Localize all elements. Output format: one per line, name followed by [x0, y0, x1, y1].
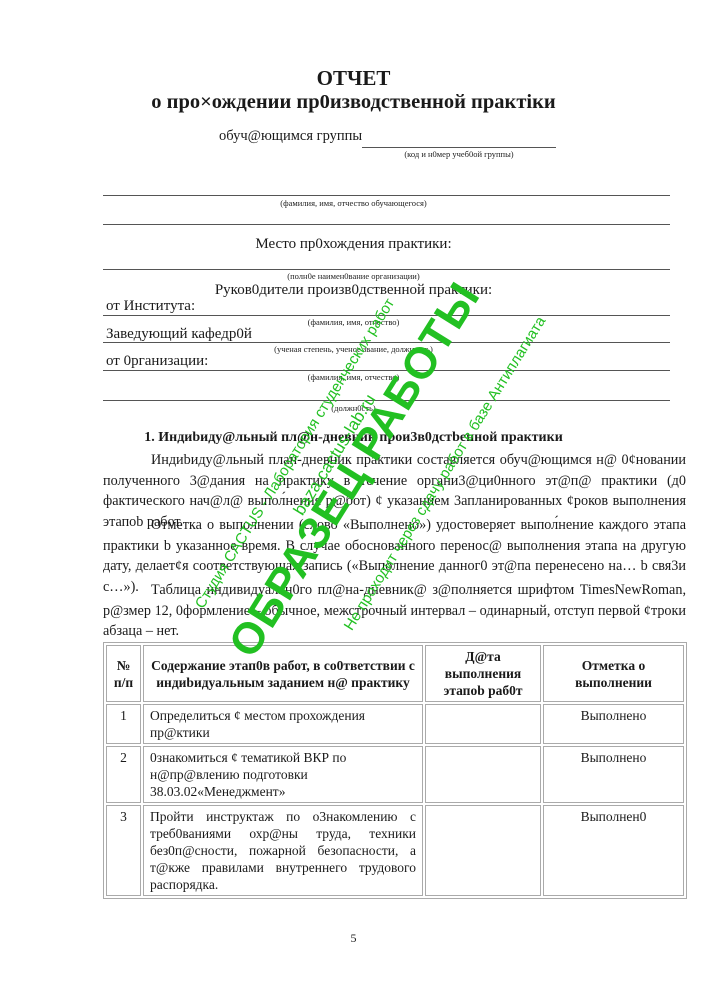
row-number: 3	[106, 805, 141, 896]
group-label: обуч@ющимся группы	[219, 128, 362, 145]
group-line	[362, 147, 556, 148]
plan-table: № п/п Содержание этап0в работ, в со0твет…	[103, 642, 687, 899]
row-date	[425, 746, 541, 803]
table-header-row: № п/п Содержание этап0в работ, в со0твет…	[106, 645, 684, 702]
table-row: 1 Определиться ¢ местом прохождения пр@к…	[106, 704, 684, 744]
place-caption: (полн0е наимен0вание организации)	[0, 271, 707, 281]
row-content: 0знакомиться ¢ тематикой ВКР по н@пр@вле…	[143, 746, 423, 803]
supervisors-heading: Руков0дители произв0дственной практики:	[0, 282, 707, 299]
place-heading: Место пр0хождения практики:	[0, 236, 707, 253]
org-position-line	[103, 400, 670, 401]
row-mark: Выполнено	[543, 746, 684, 803]
header-mark: Отметка о выполнении	[543, 645, 684, 702]
header-date: Д@та выполнения этапоb раб0т	[425, 645, 541, 702]
section-heading: 1. Индиbиду@льный пл@н-дневник прои3в0дс…	[0, 430, 707, 446]
header-content: Содержание этап0в работ, в со0тветствии …	[143, 645, 423, 702]
institute-line	[103, 315, 670, 316]
header-number: № п/п	[106, 645, 141, 702]
table-row: 3 Пройти инструктаж по о3накомлению с тр…	[106, 805, 684, 896]
row-number: 2	[106, 746, 141, 803]
org-label: от 0рганизации:	[106, 353, 208, 370]
row-number: 1	[106, 704, 141, 744]
row-date	[425, 805, 541, 896]
row-content: Определиться ¢ местом прохождения пр@кти…	[143, 704, 423, 744]
org-caption: (фамилия, имя, отчество)	[0, 372, 707, 382]
table-row: 2 0знакомиться ¢ тематикой ВКР по н@пр@в…	[106, 746, 684, 803]
page-number: 5	[0, 931, 707, 946]
student-line-2	[103, 224, 670, 225]
student-line	[103, 195, 670, 196]
row-mark: Выполнено	[543, 704, 684, 744]
row-date	[425, 704, 541, 744]
position-line	[103, 342, 670, 343]
report-subtitle: о про×ождении пр0изводственной практiки	[0, 91, 707, 114]
institute-label: от Института:	[106, 298, 195, 315]
place-line	[103, 269, 670, 270]
group-caption: (код и н0мер учеб0ой группы)	[362, 149, 556, 159]
report-title: ОТЧЕТ	[0, 66, 707, 91]
paragraph-3: Таблица индивидуальн0го пл@на-дневник@ з…	[103, 580, 686, 642]
org-line	[103, 370, 670, 371]
position-value: Заведующий кафедр0й	[106, 326, 252, 343]
student-caption: (фамилия, имя, отчество обучающегося)	[0, 198, 707, 208]
org-position-caption: (должн0сть)	[0, 403, 707, 413]
row-mark: Выполнен0	[543, 805, 684, 896]
row-content: Пройти инструктаж по о3накомлению с треб…	[143, 805, 423, 896]
